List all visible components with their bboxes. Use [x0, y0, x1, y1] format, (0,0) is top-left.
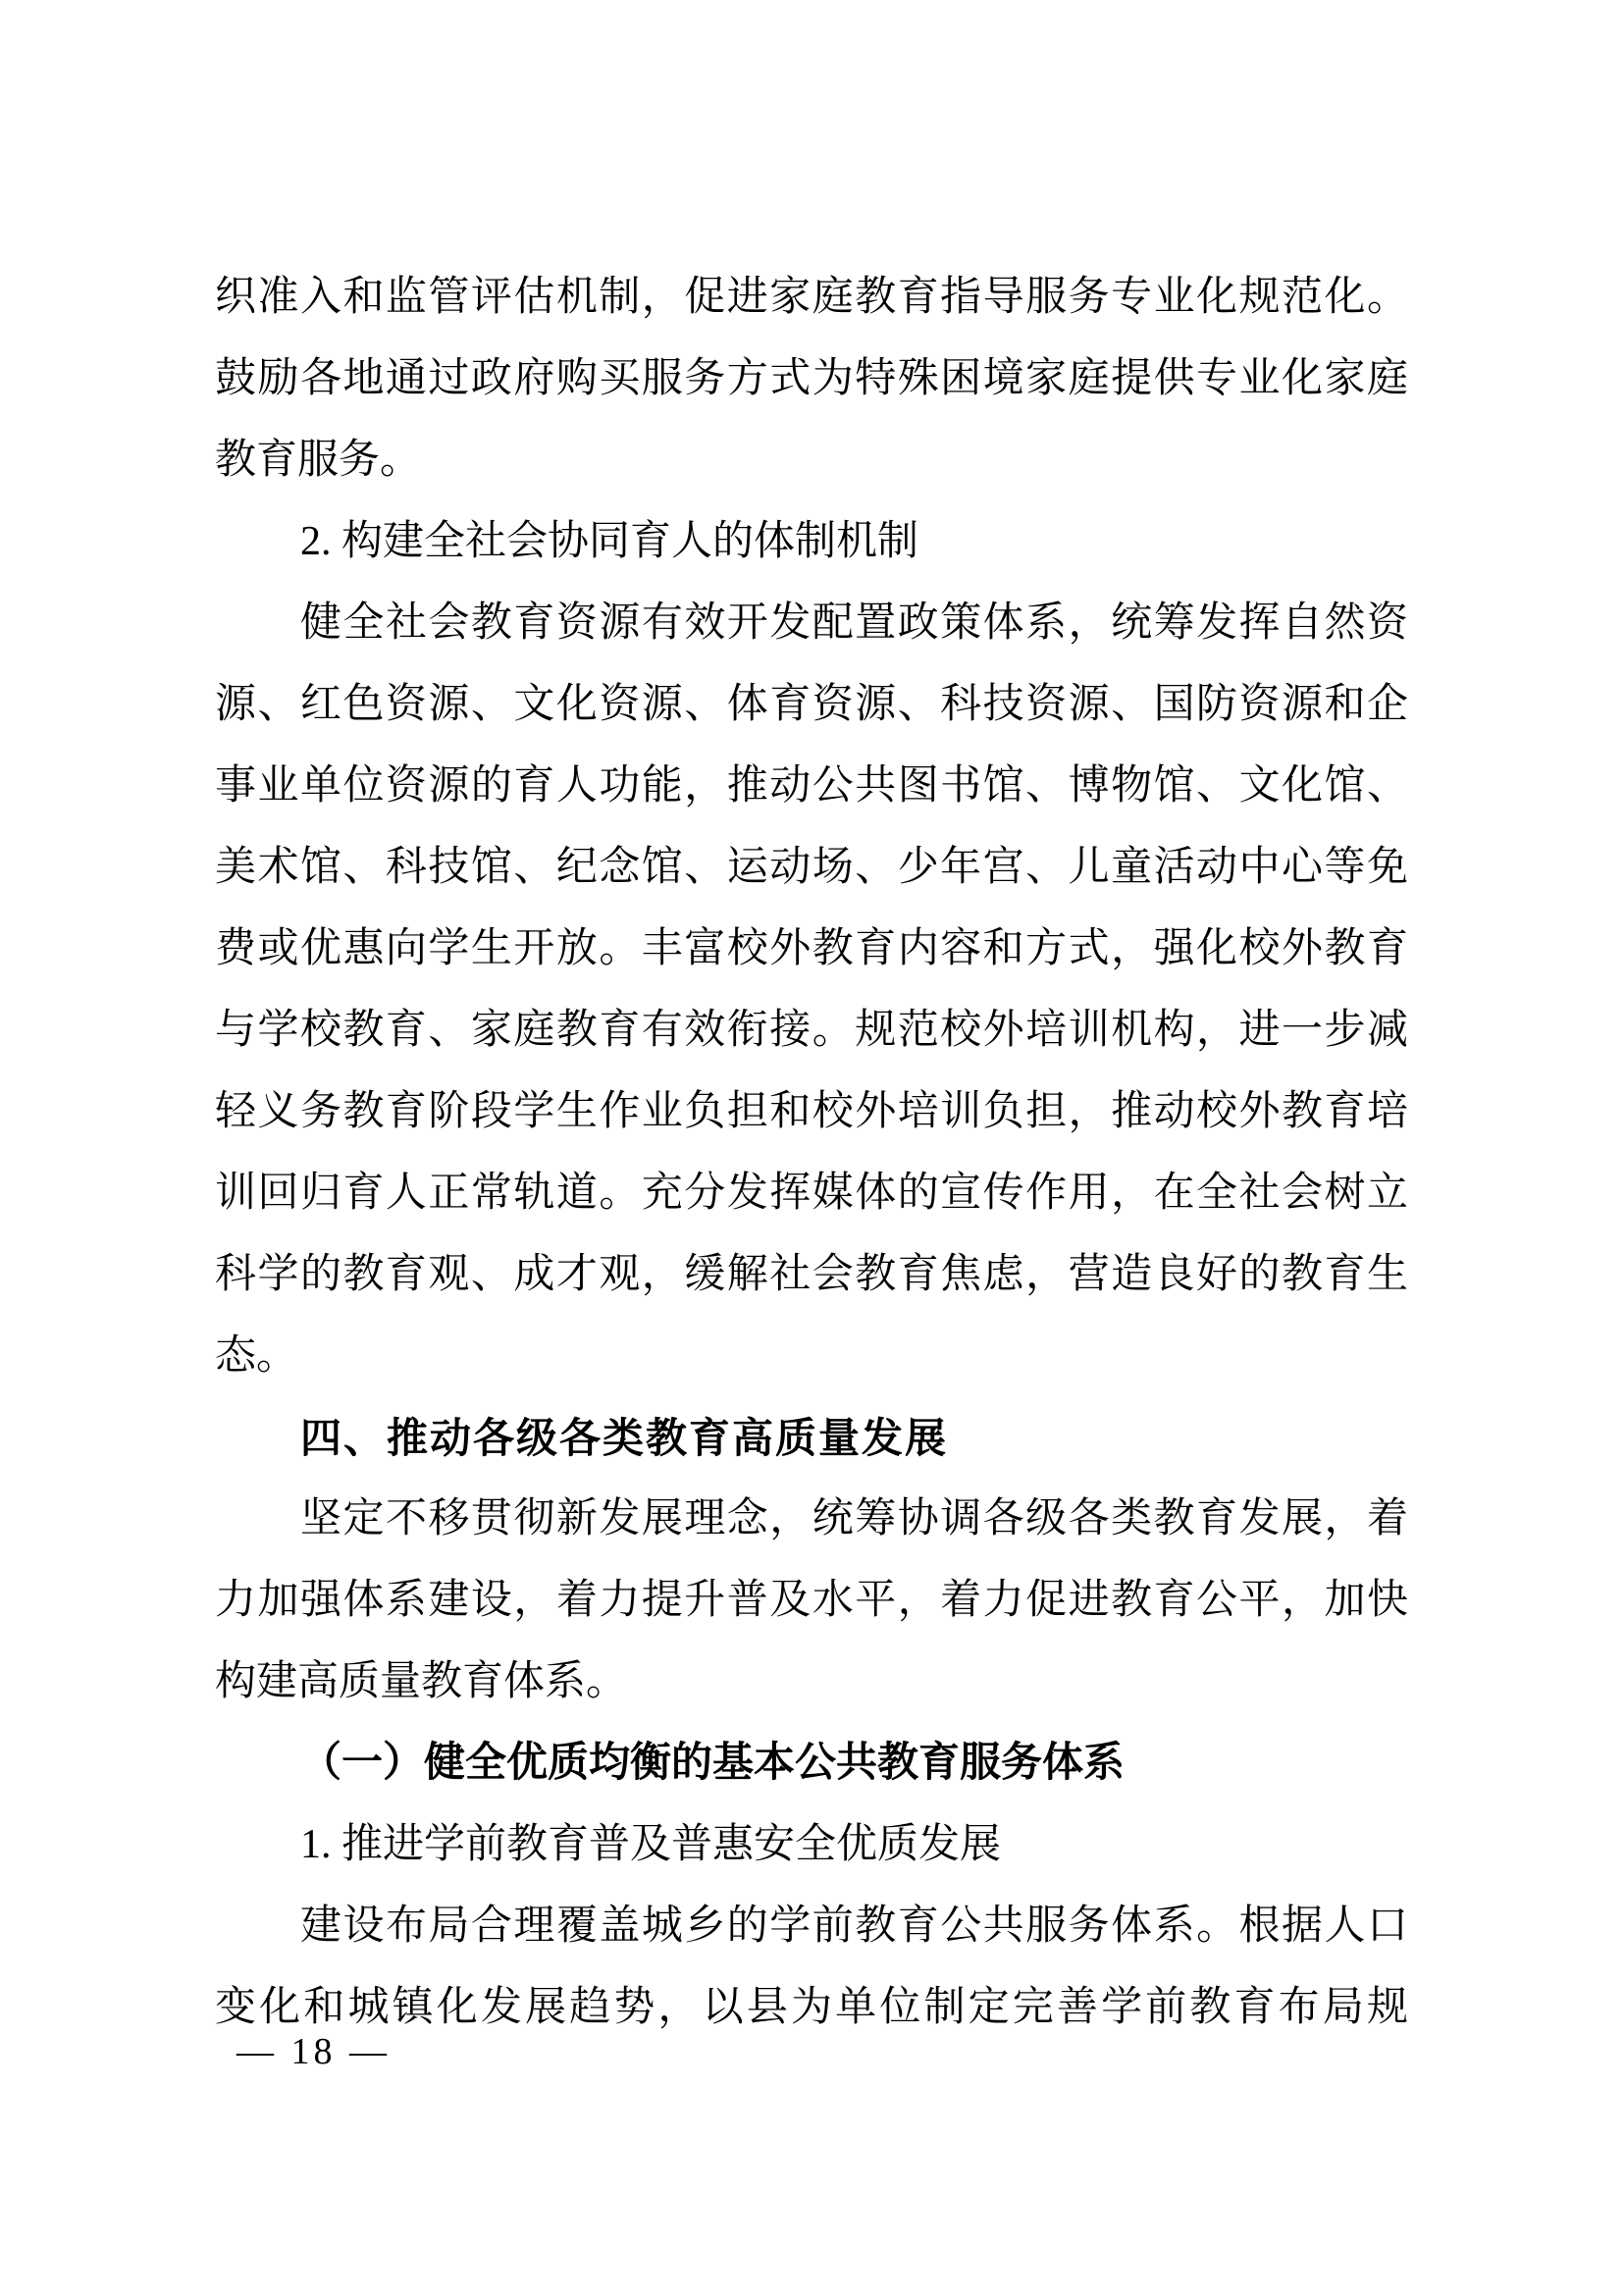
numbered-heading: 1. 推进学前教育普及普惠安全优质发展 — [215, 1804, 1408, 1886]
text-line: 源、红色资源、文化资源、体育资源、科技资源、国防资源和企 — [215, 664, 1408, 746]
text-line: 事业单位资源的育人功能，推动公共图书馆、博物馆、文化馆、 — [215, 746, 1408, 827]
page-footer: — 18 — — [218, 2022, 409, 2081]
text-line: 与学校教育、家庭教育有效衔接。规范校外培训机构，进一步减 — [215, 990, 1408, 1071]
subsection-heading: （一）健全优质均衡的基本公共教育服务体系 — [215, 1723, 1408, 1804]
text-line: 建设布局合理覆盖城乡的学前教育公共服务体系。根据人口 — [215, 1886, 1408, 1967]
document-page: 织准入和监管评估机制，促进家庭教育指导服务专业化规范化。 鼓励各地通过政府购买服… — [0, 0, 1624, 2296]
text-line: 织准入和监管评估机制，促进家庭教育指导服务专业化规范化。 — [215, 257, 1408, 339]
text-line: 科学的教育观、成才观，缓解社会教育焦虑，营造良好的教育生 — [215, 1234, 1408, 1316]
numbered-heading: 2. 构建全社会协同育人的体制机制 — [215, 501, 1408, 583]
text-line: 坚定不移贯彻新发展理念，统筹协调各级各类教育发展，着 — [215, 1479, 1408, 1560]
text-line: 态。 — [215, 1316, 1408, 1397]
text-line: 训回归育人正常轨道。充分发挥媒体的宣传作用，在全社会树立 — [215, 1153, 1408, 1234]
section-heading: 四、推动各级各类教育高质量发展 — [215, 1397, 1408, 1479]
text-line: 轻义务教育阶段学生作业负担和校外培训负担，推动校外教育培 — [215, 1071, 1408, 1153]
text-line: 教育服务。 — [215, 420, 1408, 501]
text-line: 健全社会教育资源有效开发配置政策体系，统筹发挥自然资 — [215, 583, 1408, 664]
text-line: 美术馆、科技馆、纪念馆、运动场、少年宫、儿童活动中心等免 — [215, 827, 1408, 909]
document-body: 织准入和监管评估机制，促进家庭教育指导服务专业化规范化。 鼓励各地通过政府购买服… — [215, 257, 1408, 2049]
text-line: 构建高质量教育体系。 — [215, 1642, 1408, 1723]
text-line: 鼓励各地通过政府购买服务方式为特殊困境家庭提供专业化家庭 — [215, 339, 1408, 420]
text-line: 力加强体系建设，着力提升普及水平，着力促进教育公平，加快 — [215, 1560, 1408, 1642]
page-number: — 18 — — [236, 2031, 391, 2072]
text-line: 费或优惠向学生开放。丰富校外教育内容和方式，强化校外教育 — [215, 909, 1408, 990]
